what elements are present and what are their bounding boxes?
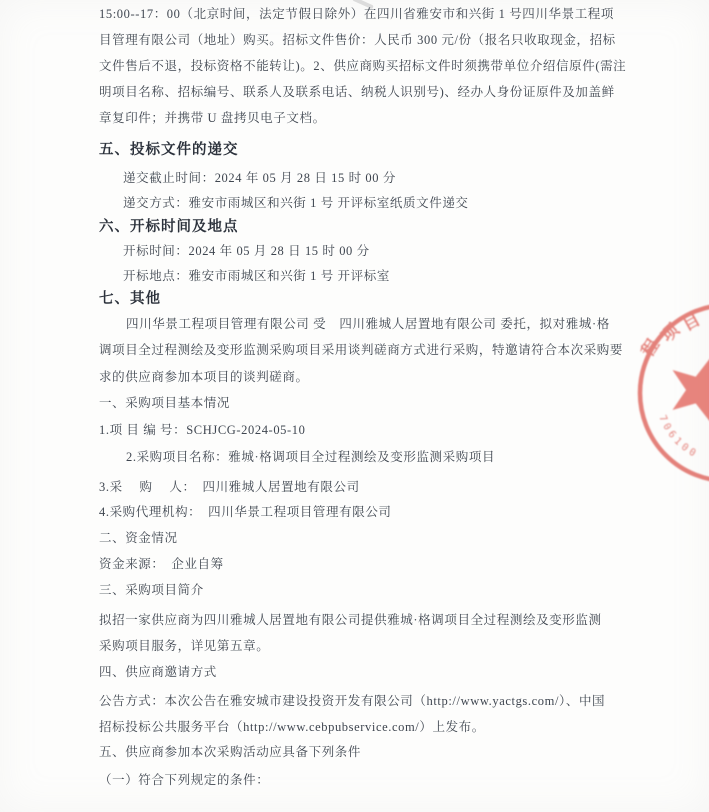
section-heading-bid-submission: 五、投标文件的递交: [99, 137, 239, 163]
subsection-heading-project-intro: 三、采购项目简介: [99, 577, 204, 603]
document-line: 章复印件；并携带 U 盘拷贝电子文档。: [99, 105, 326, 131]
subsection-heading-funding: 二、资金情况: [99, 525, 178, 551]
document-line: 文件售后不退，投标资格不能转让)。2、供应商购买招标文件时须携带单位介绍信原件(…: [99, 53, 626, 79]
star-icon: [661, 348, 709, 426]
document-line: 开标时间：2024 年 05 月 28 日 15 时 00 分: [123, 238, 370, 264]
section-heading-bid-opening: 六、开标时间及地点: [99, 214, 239, 240]
document-line: 采购项目服务，详见第五章。: [99, 633, 269, 659]
document-page: 15:00--17：00（北京时间，法定节假日除外）在四川省雅安市和兴街 1 号…: [0, 0, 709, 812]
document-line: 目管理有限公司（地址）购买。招标文件售价：人民币 300 元/份（报名只收取现金…: [99, 27, 616, 53]
subsection-heading-invitation-method: 四、供应商邀请方式: [99, 659, 217, 685]
official-seal-stamp: 程 项 目 706100: [628, 283, 709, 503]
project-number-line: 1.项 目 编 号：SCHJCG-2024-05-10: [99, 417, 305, 443]
document-line: 拟招一家供应商为四川雅城人居置地有限公司提供雅城·格调项目全过程测绘及变形监测: [99, 607, 602, 633]
project-name-line: 2.采购项目名称：雅城·格调项目全过程测绘及变形监测采购项目: [126, 444, 495, 470]
seal-arc-text: 程 项 目: [637, 310, 703, 361]
document-line: 明项目名称、招标编号、联系人及联系电话、纳税人识别号)、经办人身份证原件及加盖鲜: [99, 79, 615, 105]
section-heading-other: 七、其他: [99, 286, 161, 312]
purchaser-line: 3.采 购 人： 四川雅城人居置地有限公司: [99, 474, 360, 500]
funding-source-line: 资金来源： 企业自筹: [99, 551, 224, 577]
agency-line: 4.采购代理机构： 四川华景工程项目管理有限公司: [99, 499, 392, 525]
svg-text:程: 程: [637, 335, 663, 360]
document-line: 递交截止时间：2024 年 05 月 28 日 15 时 00 分: [123, 165, 396, 191]
seal-ring: [640, 305, 709, 481]
seal-serial-number: 706100: [656, 414, 700, 461]
subsection-heading-supplier-conditions: 五、供应商参加本次采购活动应具备下列条件: [99, 739, 361, 765]
document-line: 求的供应商参加本项目的谈判磋商。: [99, 364, 309, 390]
document-line: 15:00--17：00（北京时间，法定节假日除外）在四川省雅安市和兴街 1 号…: [99, 1, 614, 27]
subsection-heading-project-overview: 一、采购项目基本情况: [99, 390, 230, 416]
document-line: 递交方式：雅安市雨城区和兴街 1 号 开评标室纸质文件递交: [123, 190, 469, 216]
svg-text:项: 项: [658, 320, 684, 346]
document-line: 四川华景工程项目管理有限公司 受 四川雅城人居置地有限公司 委托，拟对雅城·格: [126, 311, 610, 337]
document-line: （一）符合下列规定的条件：: [99, 767, 269, 793]
document-line: 调项目全过程测绘及变形监测采购项目采用谈判磋商方式进行采购，特邀请符合本次采购要: [99, 337, 623, 363]
announcement-method-line: 公告方式：本次公告在雅安城市建设投资开发有限公司（http://www.yact…: [99, 688, 605, 714]
svg-text:目: 目: [679, 310, 703, 335]
document-line: 开标地点：雅安市雨城区和兴街 1 号 开评标室: [123, 263, 390, 289]
document-line: 招标投标公共服务平台（http://www.cebpubservice.com/…: [99, 714, 485, 740]
